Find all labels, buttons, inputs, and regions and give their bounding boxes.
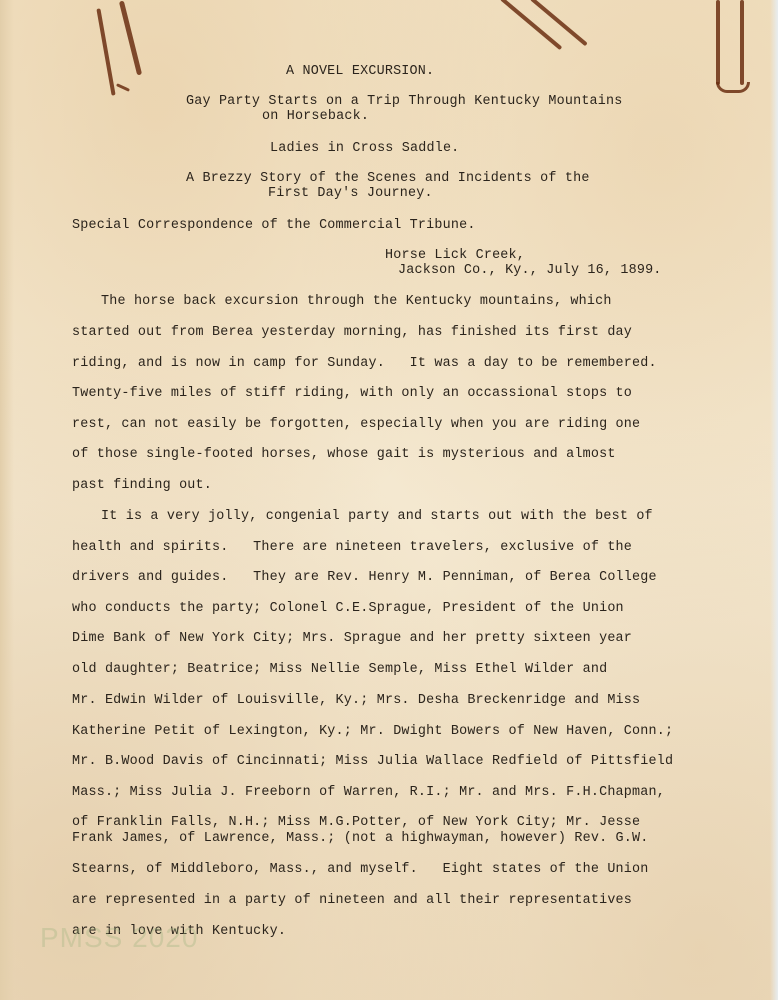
paragraph-2-line: Dime Bank of New York City; Mrs. Sprague… (72, 631, 632, 646)
document-title: A NOVEL EXCURSION. (286, 64, 434, 79)
subtitle-line: on Horseback. (262, 109, 369, 124)
paragraph-2-line: old daughter; Beatrice; Miss Nellie Semp… (72, 662, 607, 677)
paragraph-2-line: of Franklin Falls, N.H.; Miss M.G.Potter… (72, 815, 640, 830)
paragraph-1-line: of those single-footed horses, whose gai… (72, 447, 616, 462)
paragraph-2-line: Frank James, of Lawrence, Mass.; (not a … (72, 831, 649, 846)
paragraph-2-line: drivers and guides. They are Rev. Henry … (72, 570, 657, 585)
paragraph-1-line: started out from Berea yesterday morning… (72, 325, 632, 340)
paragraph-2-line: are represented in a party of nineteen a… (72, 893, 632, 908)
paragraph-2-line: who conducts the party; Colonel C.E.Spra… (72, 601, 624, 616)
dateline: Horse Lick Creek, (385, 248, 525, 263)
paragraph-2-line: Mr. Edwin Wilder of Louisville, Ky.; Mrs… (72, 693, 640, 708)
paragraph-2-line: Stearns, of Middleboro, Mass., and mysel… (72, 862, 649, 877)
paragraph-1-line: riding, and is now in camp for Sunday. I… (72, 356, 657, 371)
paragraph-2-line: Mass.; Miss Julia J. Freeborn of Warren,… (72, 785, 665, 800)
typewritten-document: A NOVEL EXCURSION. Gay Party Starts on a… (0, 0, 778, 1000)
paragraph-2-line: It is a very jolly, congenial party and … (101, 509, 653, 524)
subtitle-line: A Brezzy Story of the Scenes and Inciden… (186, 171, 590, 186)
paragraph-1-line: past finding out. (72, 478, 212, 493)
paragraph-1-line: Twenty-five miles of stiff riding, with … (72, 386, 632, 401)
dateline: Jackson Co., Ky., July 16, 1899. (398, 263, 662, 278)
paragraph-1-line: rest, can not easily be forgotten, espec… (72, 417, 640, 432)
subtitle-line: Ladies in Cross Saddle. (270, 141, 459, 156)
subtitle-line: First Day's Journey. (268, 186, 433, 201)
paragraph-1-line: The horse back excursion through the Ken… (101, 294, 612, 309)
paragraph-2-line: Katherine Petit of Lexington, Ky.; Mr. D… (72, 724, 673, 739)
archive-watermark: PMSS 2020 (40, 922, 198, 954)
subtitle-line: Gay Party Starts on a Trip Through Kentu… (186, 94, 623, 109)
paragraph-2-line: health and spirits. There are nineteen t… (72, 540, 632, 555)
paragraph-2-line: Mr. B.Wood Davis of Cincinnati; Miss Jul… (72, 754, 673, 769)
byline: Special Correspondence of the Commercial… (72, 218, 476, 233)
